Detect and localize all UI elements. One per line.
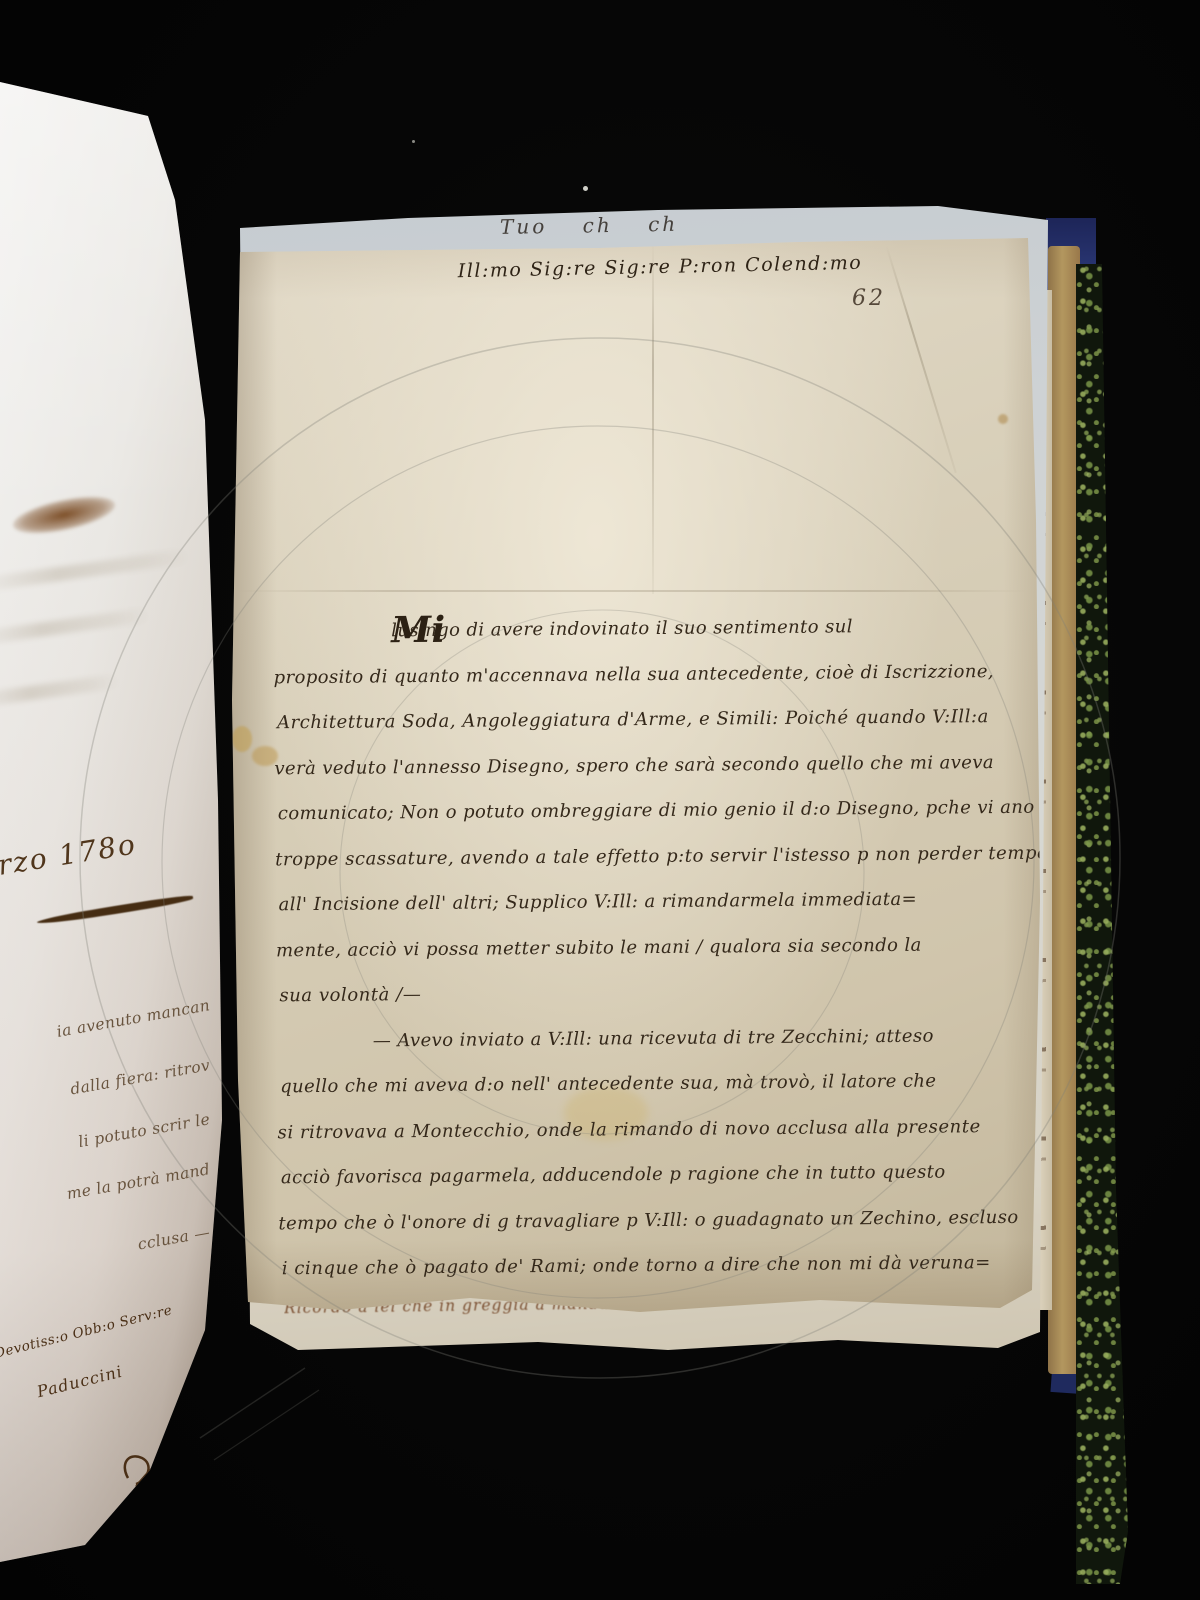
marbled-cover-edge (1076, 264, 1138, 1584)
left-page: arzo 178o ia avenuto mancan dalla fiera:… (0, 72, 232, 1568)
letter-line: quello che mi aveva d:o nell' antecedent… (280, 1058, 1039, 1110)
foxing-stain (232, 726, 252, 752)
manuscript-photo: arzo 178o ia avenuto mancan dalla fiera:… (0, 0, 1200, 1600)
binding-guard-strip (1048, 246, 1080, 1374)
letter-body: Milusingo di avere indovinato il suo sen… (273, 603, 1041, 1292)
dust-speck (583, 186, 588, 191)
letter-page: Ill:mo Sig:re Sig:re P:ron Colend:mo 62 … (228, 234, 1044, 1316)
letter-line: Milusingo di avere indovinato il suo sen… (391, 603, 1035, 654)
letter-line: all' Incisione dell' altri; Supplico V:I… (278, 876, 1037, 928)
letter-line: acciò favorisca pagarmela, adducendole p… (281, 1149, 1040, 1201)
letter-line: si ritrovava a Montecchio, onde la riman… (277, 1103, 1039, 1155)
letter-line: Architettura Soda, Angoleggiatura d'Arme… (277, 694, 1036, 746)
letter-line: mente, acciò vi possa metter subito le m… (276, 921, 1038, 973)
letter-line: proposito di quanto m'accennava nella su… (273, 648, 1035, 700)
opening-word: Mi (391, 608, 446, 654)
signature-flourish (118, 1368, 308, 1518)
folio-number: 62 (852, 286, 886, 311)
backing-sheet-text-fragment: Tuo ch ch (500, 205, 1060, 239)
letter-line: sua volontà /— (279, 967, 1038, 1019)
letter-line-text: lusingo di avere indovinato il suo senti… (391, 616, 853, 641)
letter-line: verà veduto l'annesso Disegno, spero che… (274, 739, 1036, 791)
horizontal-fold-crease (236, 590, 1028, 592)
letter-line: — Avevo inviato a V:Ill: una ricevuta di… (373, 1012, 1039, 1063)
vertical-crease (652, 242, 654, 594)
letter-line: comunicato; Non o potuto ombreggiare di … (278, 785, 1037, 837)
letter-line: troppe scassature, avendo a tale effetto… (275, 830, 1037, 882)
letter-line: tempo che ò l'onore di g travagliare p V… (278, 1194, 1040, 1246)
dust-speck (412, 140, 415, 143)
foxing-stain (998, 414, 1008, 424)
letter-line: i cinque che ò pagato de' Rami; onde tor… (282, 1240, 1041, 1292)
